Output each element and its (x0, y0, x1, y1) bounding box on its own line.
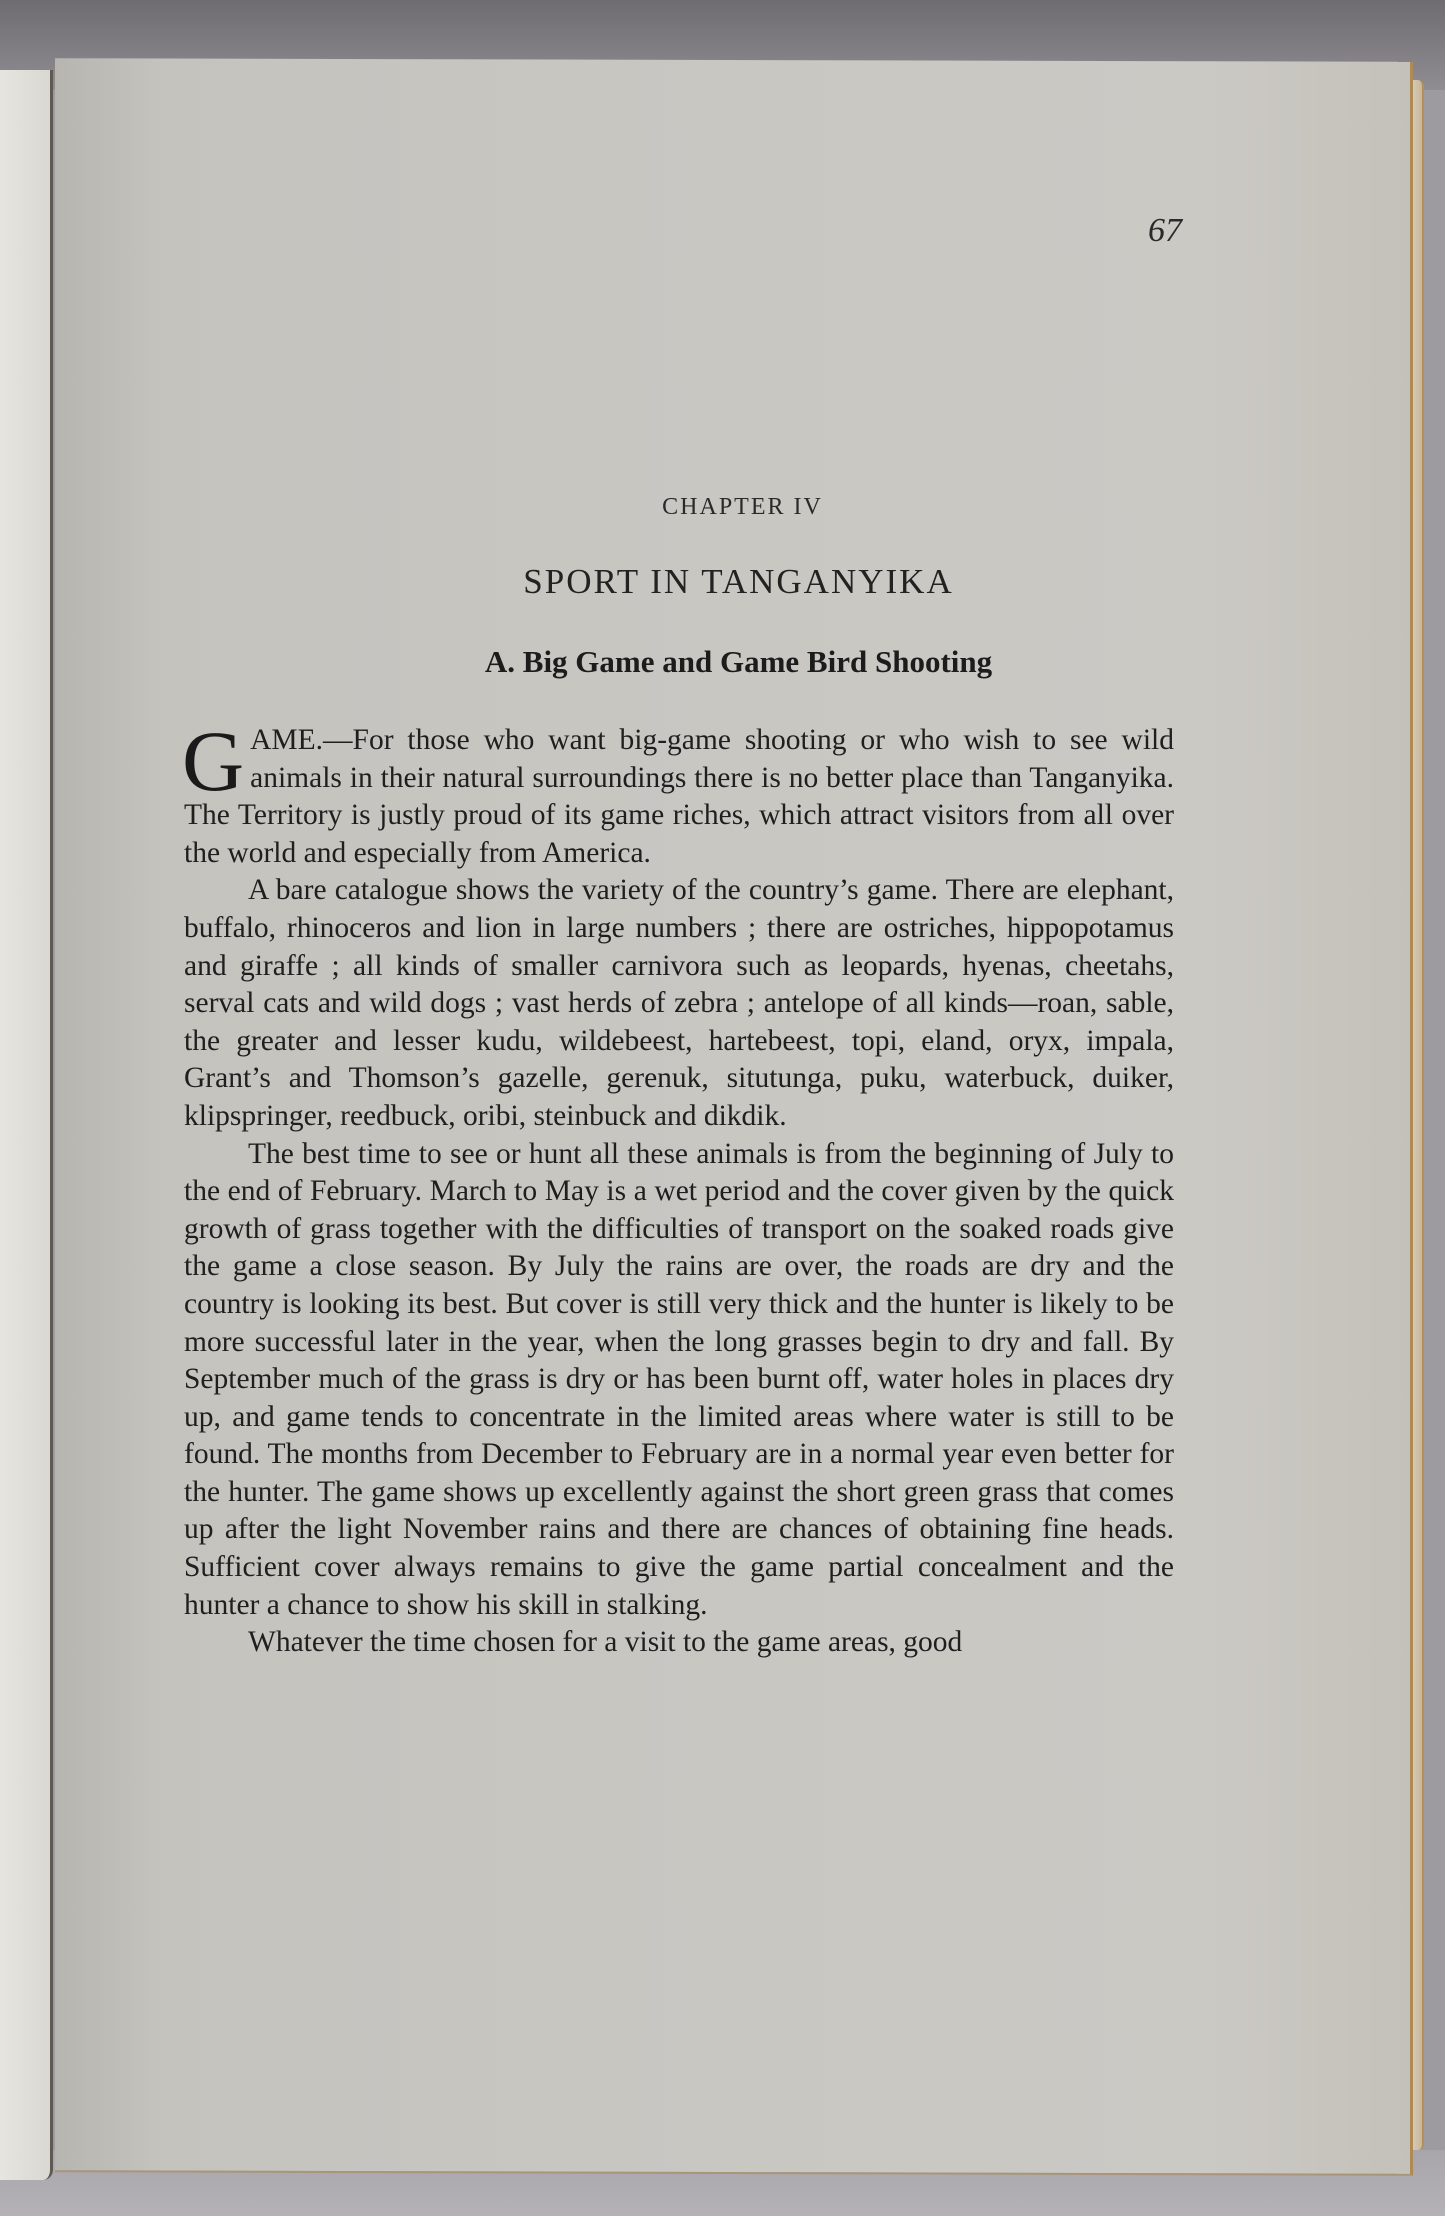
body-text: GAME.—For those who want big-game shooti… (184, 722, 1174, 1662)
chapter-label: CHAPTER IV (0, 494, 1445, 521)
section-title: A. Big Game and Game Bird Shooting (0, 644, 1445, 680)
paragraph-game-catalogue: A bare catalogue shows the variety of th… (184, 872, 1174, 1135)
paragraph-best-time: The best time to see or hunt all these a… (184, 1136, 1174, 1625)
paragraph-continued: Whatever the time chosen for a visit to … (184, 1624, 1174, 1662)
paragraph-intro-text: —For those who want big-game shooting or… (184, 724, 1174, 869)
lead-in: AME. (250, 724, 323, 756)
facing-page-edge (0, 70, 53, 2180)
chapter-title: SPORT IN TANGANYIKA (0, 562, 1445, 602)
page-number: 67 (1148, 212, 1182, 250)
paragraph-intro: GAME.—For those who want big-game shooti… (184, 722, 1174, 872)
drop-cap: G (182, 728, 244, 794)
